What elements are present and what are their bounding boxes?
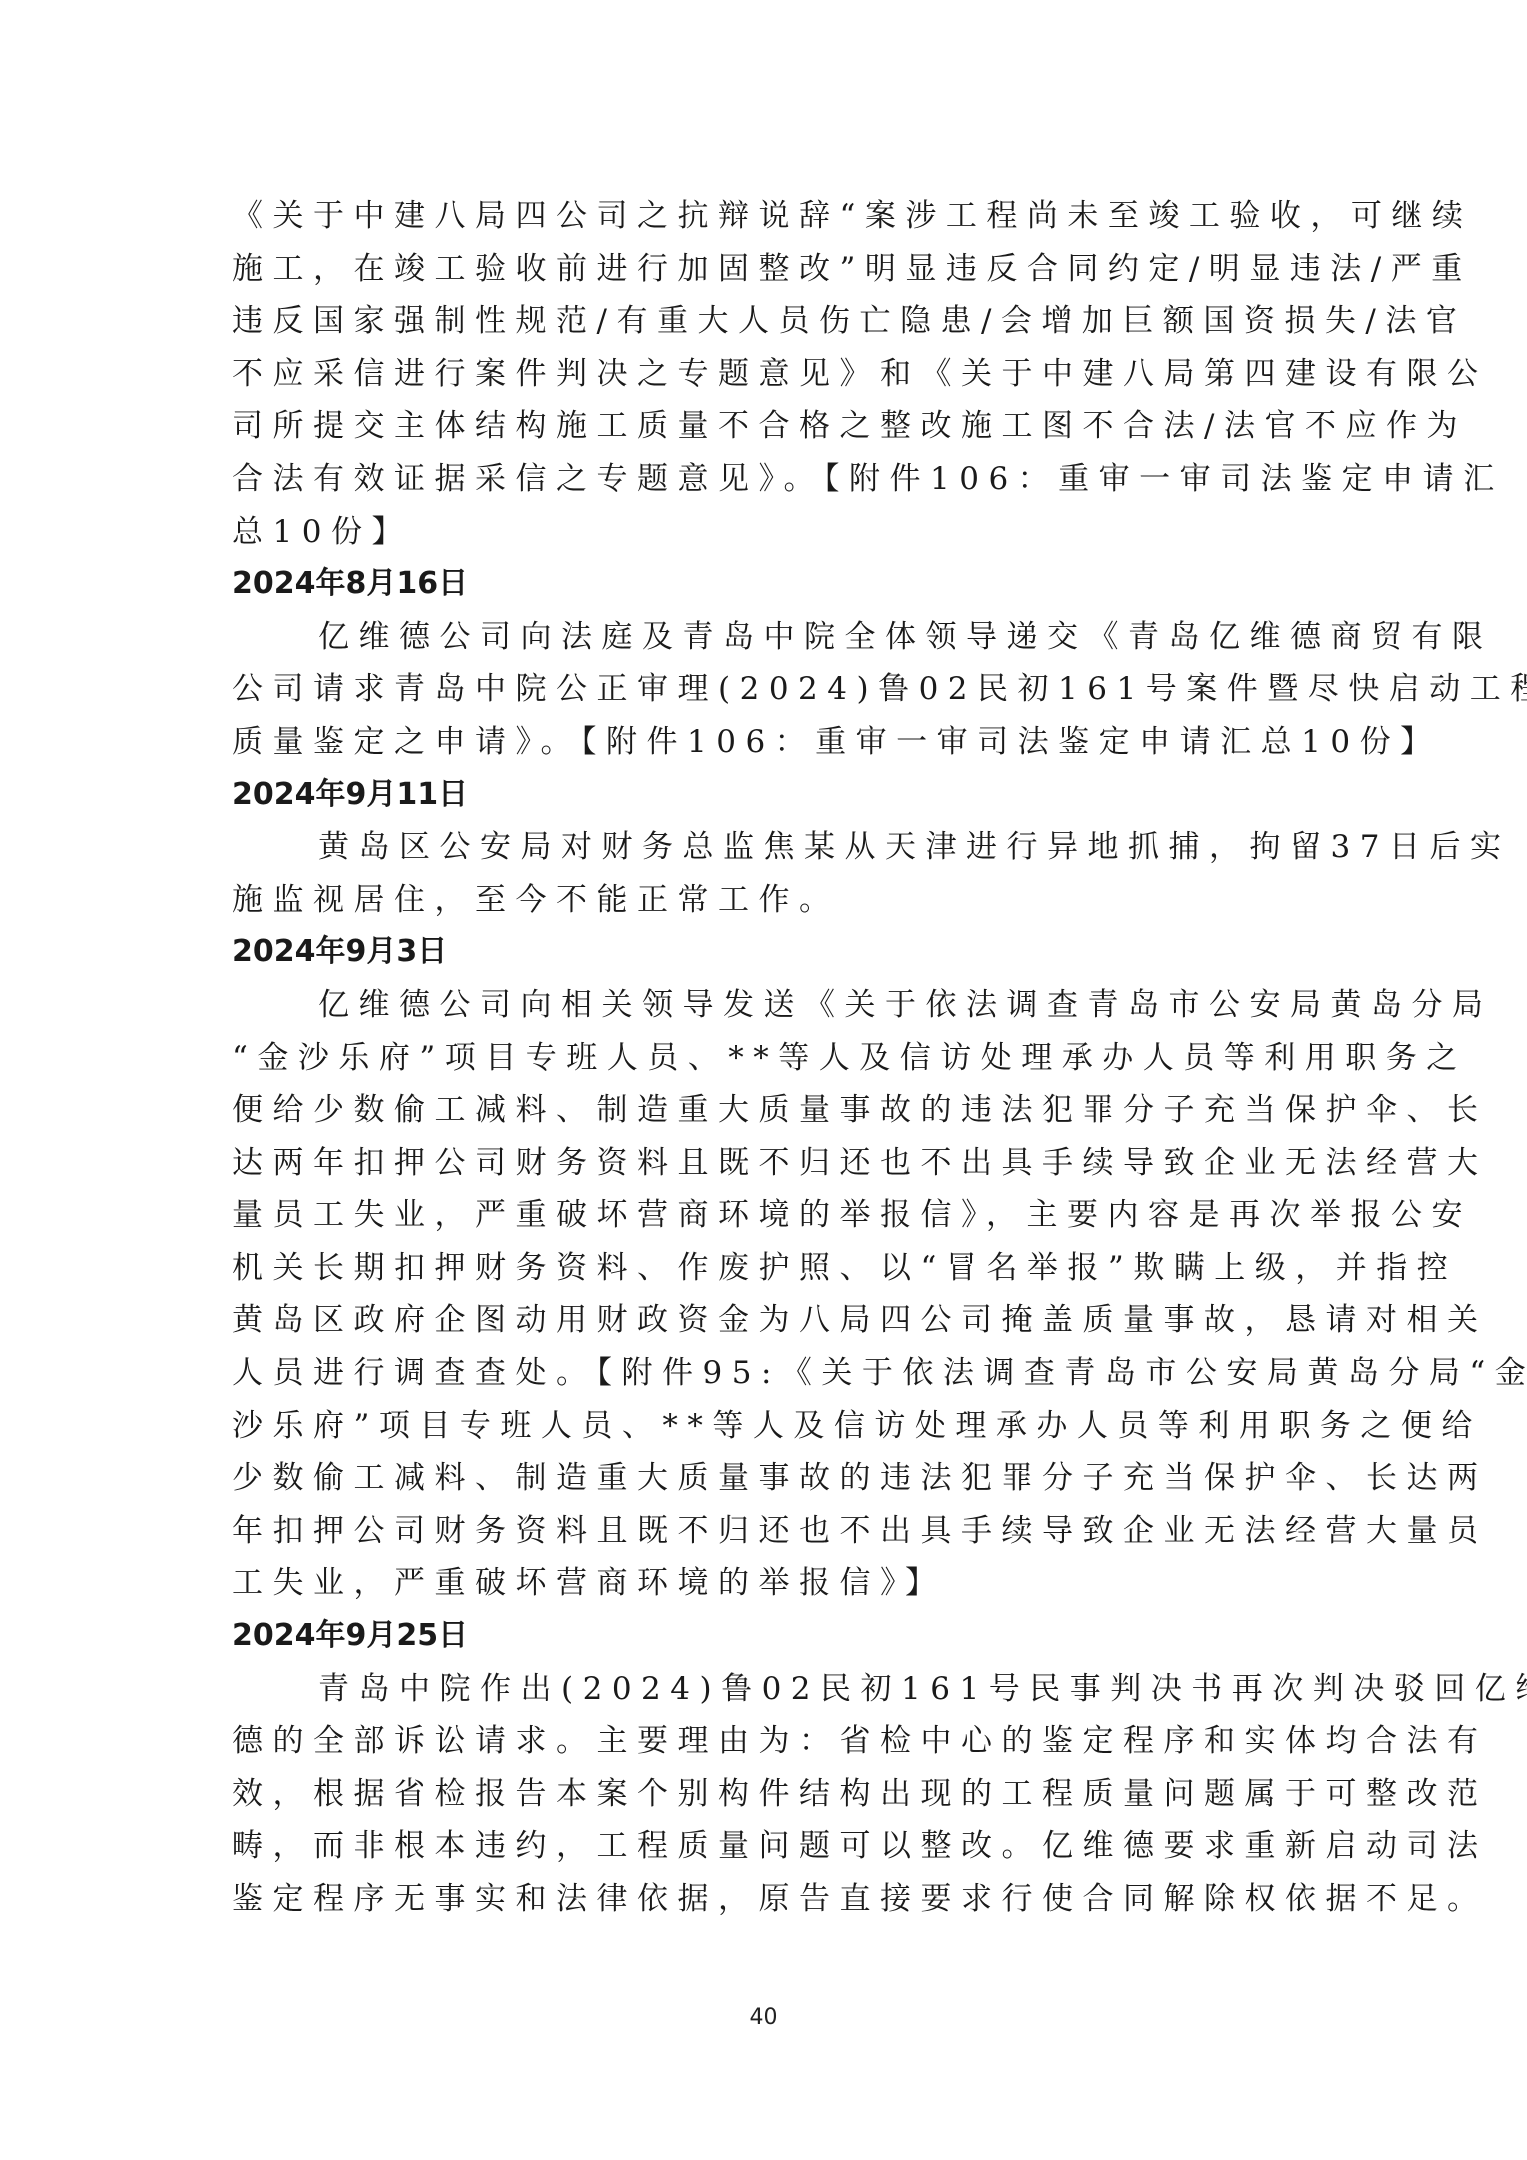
text-line: 工失业，严重破坏营商环境的举报信》】 [232, 1557, 1292, 1610]
paragraph-continuation: 《关于中建八局四公司之抗辩说辞“案涉工程尚未至竣工验收，可继续 施工，在竣工验收… [232, 190, 1292, 558]
date-heading: 2024年8月16日 [232, 558, 1292, 611]
text-line: 黄岛区公安局对财务总监焦某从天津进行异地抓捕，拘留37日后实 [232, 821, 1292, 874]
text-line: 机关长期扣押财务资料、作废护照、以“冒名举报”欺瞒上级，并指控 [232, 1242, 1292, 1295]
paragraph: 青岛中院作出(2024)鲁02民初161号民事判决书再次判决驳回亿维 德的全部诉… [232, 1663, 1292, 1926]
text-line: 质量鉴定之申请》。【附件106：重审一审司法鉴定申请汇总10份】 [232, 716, 1292, 769]
text-line: 公司请求青岛中院公正审理(2024)鲁02民初161号案件暨尽快启动工程 [232, 663, 1292, 716]
text-line: 亿维德公司向相关领导发送《关于依法调查青岛市公安局黄岛分局 [232, 979, 1292, 1032]
date-heading: 2024年9月3日 [232, 926, 1292, 979]
date-heading: 2024年9月11日 [232, 769, 1292, 822]
paragraph: 亿维德公司向相关领导发送《关于依法调查青岛市公安局黄岛分局 “金沙乐府”项目专班… [232, 979, 1292, 1610]
text-line: 少数偷工减料、制造重大质量事故的违法犯罪分子充当保护伞、长达两 [232, 1452, 1292, 1505]
text-line: 不应采信进行案件判决之专题意见》和《关于中建八局第四建设有限公 [232, 348, 1292, 401]
text-line: 量员工失业，严重破坏营商环境的举报信》，主要内容是再次举报公安 [232, 1189, 1292, 1242]
text-line: 畴，而非根本违约，工程质量问题可以整改。亿维德要求重新启动司法 [232, 1820, 1292, 1873]
text-line: 沙乐府”项目专班人员、**等人及信访处理承办人员等利用职务之便给 [232, 1400, 1292, 1453]
text-line: 鉴定程序无事实和法律依据，原告直接要求行使合同解除权依据不足。 [232, 1873, 1292, 1926]
text-line: 亿维德公司向法庭及青岛中院全体领导递交《青岛亿维德商贸有限 [232, 611, 1292, 664]
paragraph: 亿维德公司向法庭及青岛中院全体领导递交《青岛亿维德商贸有限 公司请求青岛中院公正… [232, 611, 1292, 769]
text-line: 黄岛区政府企图动用财政资金为八局四公司掩盖质量事故，恳请对相关 [232, 1294, 1292, 1347]
paragraph: 黄岛区公安局对财务总监焦某从天津进行异地抓捕，拘留37日后实 施监视居住，至今不… [232, 821, 1292, 926]
text-line: 《关于中建八局四公司之抗辩说辞“案涉工程尚未至竣工验收，可继续 [232, 190, 1292, 243]
text-line: 司所提交主体结构施工质量不合格之整改施工图不合法/法官不应作为 [232, 400, 1292, 453]
text-line: 德的全部诉讼请求。主要理由为：省检中心的鉴定程序和实体均合法有 [232, 1715, 1292, 1768]
text-line: 便给少数偷工减料、制造重大质量事故的违法犯罪分子充当保护伞、长 [232, 1084, 1292, 1137]
document-page: 《关于中建八局四公司之抗辩说辞“案涉工程尚未至竣工验收，可继续 施工，在竣工验收… [232, 190, 1292, 1926]
text-line: 年扣押公司财务资料且既不归还也不出具手续导致企业无法经营大量员 [232, 1505, 1292, 1558]
text-line: 总10份】 [232, 506, 1292, 559]
date-heading: 2024年9月25日 [232, 1610, 1292, 1663]
page-number: 40 [0, 2005, 1527, 2030]
text-line: 施工，在竣工验收前进行加固整改”明显违反合同约定/明显违法/严重 [232, 243, 1292, 296]
text-line: 效，根据省检报告本案个别构件结构出现的工程质量问题属于可整改范 [232, 1768, 1292, 1821]
text-line: 合法有效证据采信之专题意见》。【附件106：重审一审司法鉴定申请汇 [232, 453, 1292, 506]
text-line: 达两年扣押公司财务资料且既不归还也不出具手续导致企业无法经营大 [232, 1137, 1292, 1190]
text-line: 人员进行调查查处。【附件95:《关于依法调查青岛市公安局黄岛分局“金 [232, 1347, 1292, 1400]
text-line: 违反国家强制性规范/有重大人员伤亡隐患/会增加巨额国资损失/法官 [232, 295, 1292, 348]
text-line: “金沙乐府”项目专班人员、**等人及信访处理承办人员等利用职务之 [232, 1032, 1292, 1085]
text-line: 施监视居住，至今不能正常工作。 [232, 874, 1292, 927]
text-line: 青岛中院作出(2024)鲁02民初161号民事判决书再次判决驳回亿维 [232, 1663, 1292, 1716]
